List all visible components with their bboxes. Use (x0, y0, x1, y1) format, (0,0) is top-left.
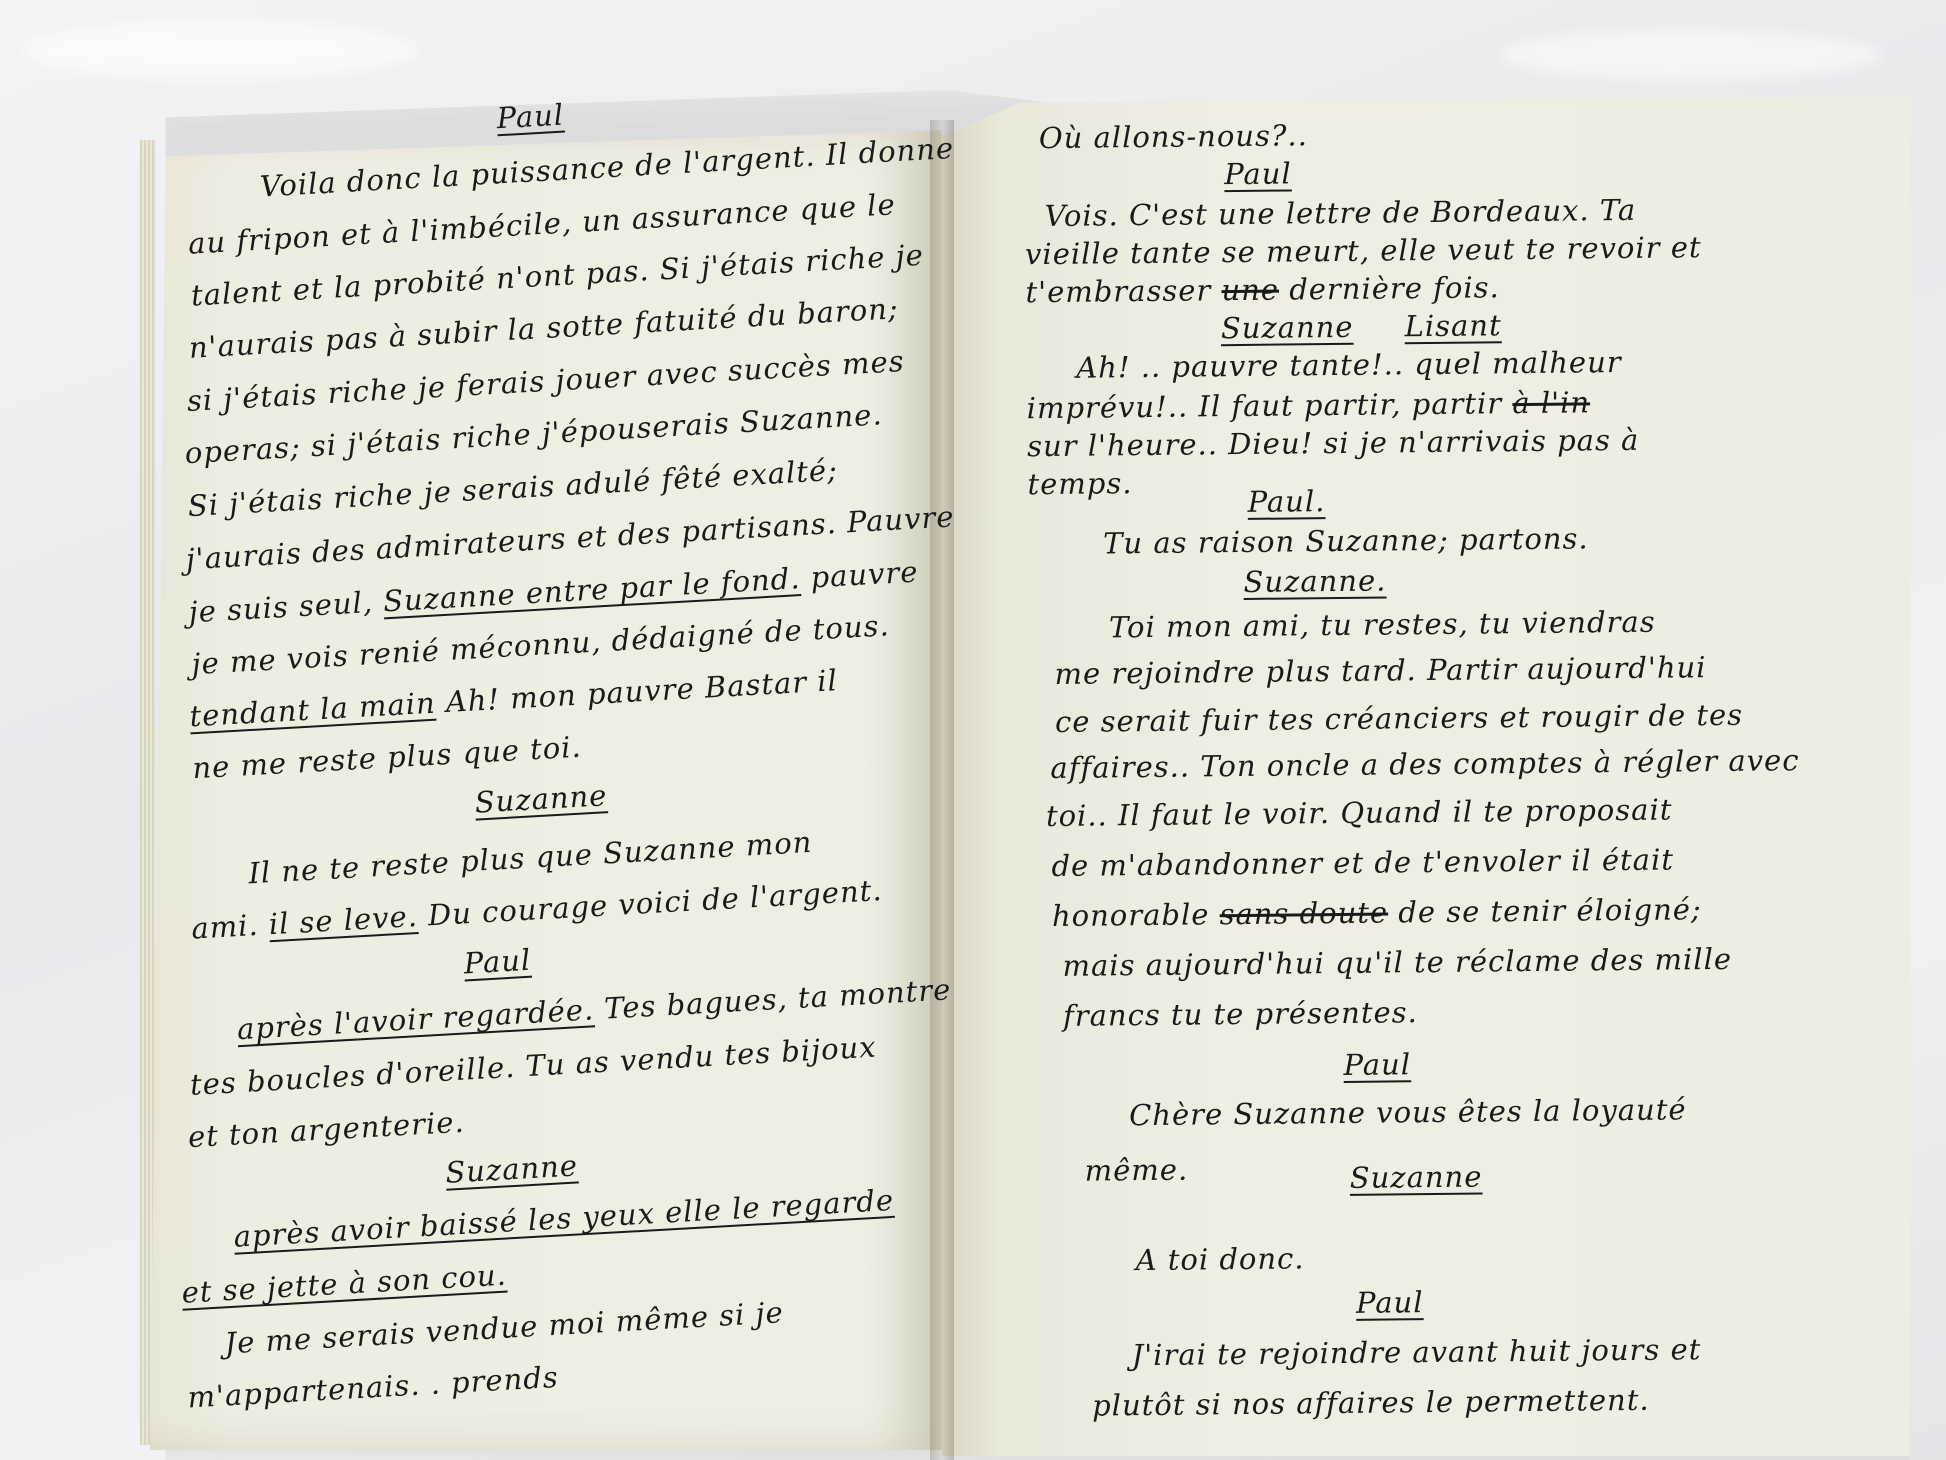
text-line: J'irai te rejoindre avant huit jours et (1131, 1332, 1701, 1372)
text-line: toi.. Il faut le voir. Quand il te propo… (1046, 792, 1673, 833)
text-span: imprévu!.. Il faut partir, partir (1027, 386, 1503, 425)
text-line: même. (1084, 1153, 1188, 1188)
text-line: mais aujourd'hui qu'il te réclame des mi… (1062, 942, 1732, 983)
text-line: sur l'heure.. Dieu! si je n'arrivais pas… (1027, 423, 1640, 463)
text-line: A toi donc. (1135, 1241, 1304, 1277)
text-line: ce serait fuir tes créanciers et rougir … (1055, 698, 1743, 739)
struck-text: une (1221, 273, 1279, 308)
text-line: me rejoindre plus tard. Partir aujourd'h… (1054, 650, 1706, 691)
speaker-label: Paul (1224, 156, 1292, 191)
text-line: plutôt si nos affaires le permettent. (1092, 1383, 1650, 1423)
speaker-label: Paul (1356, 1285, 1424, 1320)
text-line: temps. (1027, 466, 1132, 501)
text-line: honorable sans doute de se tenir éloigné… (1052, 892, 1702, 933)
text-line: Toi mon ami, tu restes, tu viendras (1109, 605, 1656, 645)
text-line: Ah! .. pauvre tante!.. quel malheur (1076, 345, 1622, 385)
speaker-label: Suzanne (1221, 310, 1354, 345)
text-span: dernière fois. (1289, 270, 1500, 306)
text-line: Chère Suzanne vous êtes la loyauté (1129, 1092, 1687, 1132)
text-span: de se tenir éloigné; (1398, 892, 1702, 929)
text-line: imprévu!.. Il faut partir, partir à l'in (1027, 385, 1591, 425)
text-line: Où allons-nous?.. (1039, 118, 1308, 155)
struck-text: sans doute (1219, 895, 1388, 931)
left-page-text-bottom (0, 0, 940, 1460)
struck-text: à l'in (1512, 385, 1590, 420)
text-line: t'embrasser une dernière fois. (1025, 270, 1500, 309)
text-line: affaires.. Ton oncle a des comptes à rég… (1050, 743, 1799, 785)
text-line: Vois. C'est une lettre de Bordeaux. Ta (1044, 193, 1636, 233)
text-line: vieille tante se meurt, elle veut te rev… (1025, 230, 1702, 271)
text-line: de m'abandonner et de t'envoler il était (1051, 842, 1674, 883)
speaker-label: Paul. (1248, 484, 1326, 519)
speaker-label: Suzanne. (1243, 563, 1386, 598)
speaker-label: Suzanne (1350, 1160, 1483, 1195)
text-span: honorable (1052, 897, 1210, 933)
text-line: Tu as raison Suzanne; partons. (1103, 521, 1589, 560)
stage-direction: Lisant (1404, 308, 1501, 343)
speaker-label: Paul (1343, 1047, 1411, 1082)
text-span: t'embrasser (1025, 273, 1211, 309)
speaker-pair: Suzanne Lisant (1221, 308, 1502, 345)
text-line: francs tu te présentes. (1063, 995, 1418, 1033)
